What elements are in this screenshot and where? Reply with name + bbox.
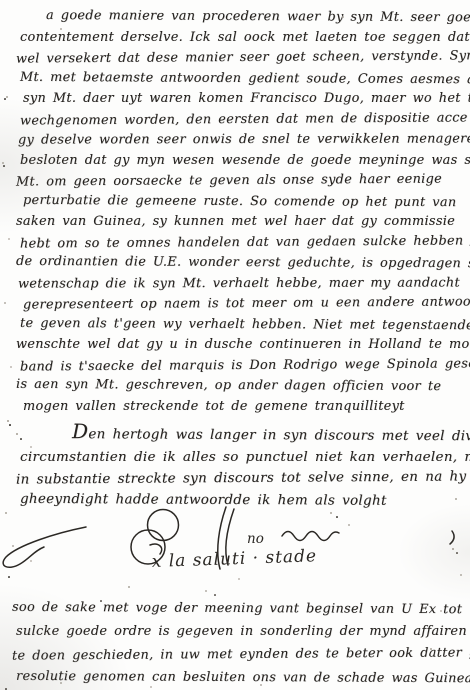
handwriting-line: a goede maniere van procederen waer by s… [16, 6, 464, 29]
handwriting-line: sulcke goede ordre is gegeven in sonderl… [16, 620, 466, 643]
main-paragraph: a goede maniere van procederen waer by s… [16, 7, 464, 417]
flourish-annotation: no [247, 531, 264, 547]
handwriting-line: wel versekert dat dese manier seer goet … [16, 46, 464, 70]
flourish-initial-loops [148, 510, 179, 541]
handwriting-line: hebt om so te omnes handelen dat van ged… [20, 231, 464, 255]
handwriting-line: Mt. met betaemste antwoorden gedient sou… [20, 67, 464, 90]
closing-paragraph: soo de sake met voge der meening vant be… [12, 597, 466, 689]
handwriting-line: contentement derselve. Ick sal oock met … [20, 28, 464, 49]
flourish-text: x la saluti · stade [151, 546, 317, 572]
calligraphic-flourish: no x la saluti · stade [0, 503, 470, 595]
handwriting-line: gerepresenteert op naem is tot meer om u… [23, 292, 464, 316]
handwriting-line: resolutie genomen can besluiten ons van … [16, 665, 466, 690]
flourish-mark [450, 531, 454, 544]
ink-specks [0, 0, 2, 2]
handwriting-line: Mt. om geen oorsaecke te geven als onse … [16, 169, 464, 193]
handwriting-line: circumstantien die ik alles so punctuel … [20, 447, 464, 469]
handwriting-line: Den hertogh was langer in syn discours m… [16, 421, 464, 448]
manuscript-page: a goede maniere van procederen waer by s… [0, 0, 470, 690]
handwriting-line: wenschte wel dat gy u in dusche continue… [16, 335, 464, 356]
handwriting-line: band is t'saecke del marquis is Don Rodr… [20, 354, 464, 378]
handwriting-line: wechgenomen worden, den eersten dat men … [20, 108, 464, 132]
handwriting-line: in substantie streckte syn discours tot … [16, 467, 464, 492]
flourish-squiggle [282, 532, 339, 541]
handwriting-line: saken van Guinea, sy kunnen met wel haer… [16, 212, 464, 233]
handwriting-line: soo de sake met voge der meening vant be… [12, 596, 466, 621]
handwriting-line: de ordinantien die U.E. wonder eerst ged… [16, 252, 464, 275]
handwriting-line: gy deselve worden seer onwis de snel te … [18, 129, 464, 151]
handwriting-line: is aen syn Mt. geschreven, op ander dage… [16, 375, 464, 398]
flourish-swash [3, 527, 86, 567]
handwriting-line: perturbatie die gemeene ruste. So comend… [23, 190, 464, 213]
handwriting-line: besloten dat gy myn wesen wesende de goe… [20, 151, 464, 172]
handwriting-line: te doen geschieden, in uw met eynden des… [12, 641, 466, 667]
ink-specks-dark [0, 0, 2, 2]
handwriting-line: mogen vallen streckende tot de gemene tr… [23, 397, 464, 418]
second-paragraph: Den hertogh was langer in syn discours m… [16, 422, 464, 511]
handwriting-line: syn Mt. daer uyt waren komen Francisco D… [23, 89, 464, 110]
handwriting-line: wetenschap die ik syn Mt. verhaelt hebbe… [18, 273, 464, 295]
handwriting-line: te geven als t'geen wy verhaelt hebben. … [20, 313, 464, 336]
